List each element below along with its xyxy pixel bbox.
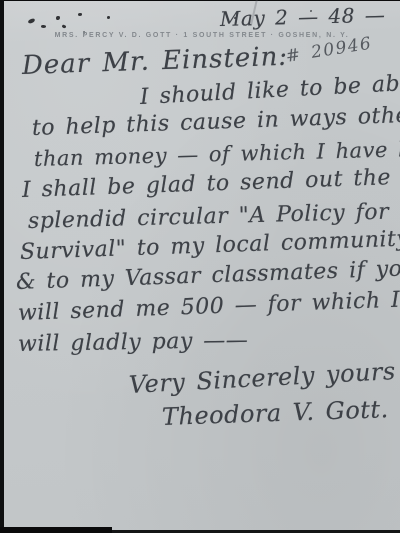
scan-edge-bottom-left	[0, 527, 112, 533]
letter-paper: May 2 — 48 — MRS. PERCY V. D. GOTT · 1 S…	[4, 1, 400, 530]
ink-smudge	[62, 24, 67, 29]
body-line: will send me 500 — for which I	[18, 288, 400, 326]
ink-smudge	[28, 18, 36, 24]
scanned-letter: May 2 — 48 — MRS. PERCY V. D. GOTT · 1 S…	[0, 0, 400, 533]
body-line: will gladly pay ——	[18, 328, 249, 357]
closing-line: Very Sincerely yours	[128, 357, 396, 399]
ink-smudge	[56, 16, 60, 20]
ink-smudge	[107, 16, 110, 19]
body-line: I shall be glad to send out the	[22, 165, 392, 203]
salutation-line: Dear Mr. Einstein:	[21, 42, 288, 81]
ink-smudge	[78, 13, 82, 16]
body-line: to help this cause in ways other	[32, 102, 400, 141]
signature-line: Theodora V. Gott.	[162, 395, 390, 431]
scan-edge-left	[0, 0, 4, 533]
ink-smudge	[41, 25, 46, 29]
date-line: May 2 — 48 —	[220, 3, 386, 31]
